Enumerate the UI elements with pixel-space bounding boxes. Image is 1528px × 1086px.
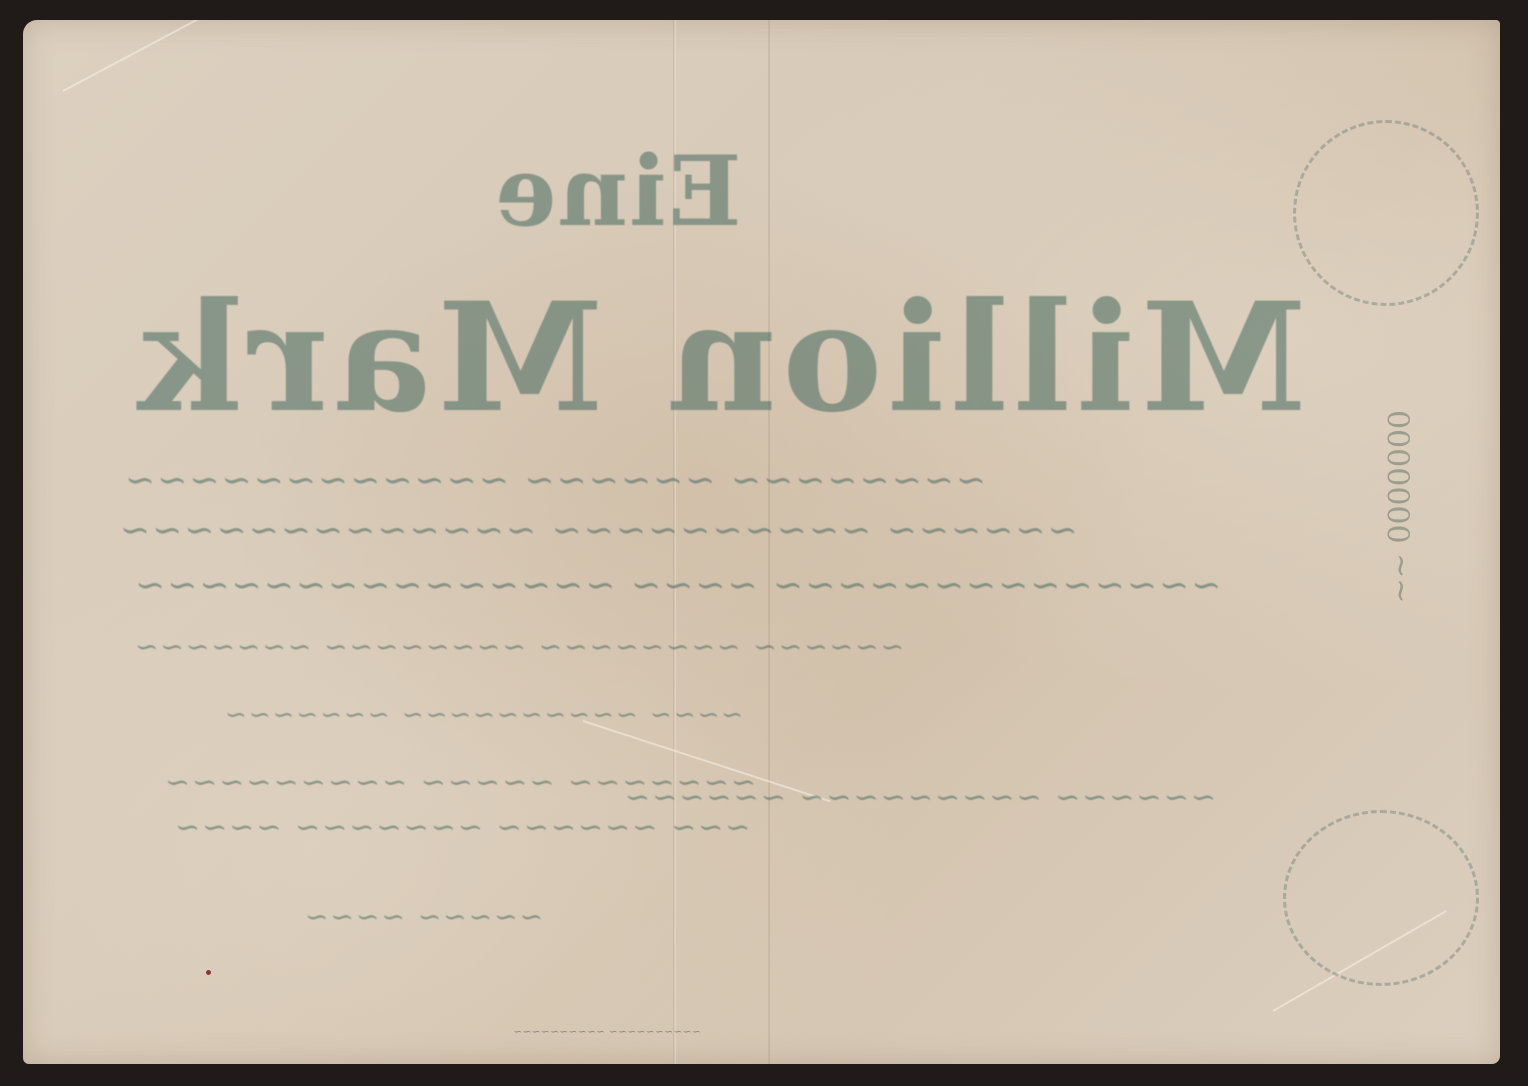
showthrough-line: ~~~ ~~~~~~ ~~~~~~~ ~~~~ bbox=[173, 810, 750, 845]
crease bbox=[63, 20, 223, 92]
showthrough-line: ~~~~~~ ~~~~~~~~ ~~~~~~~~ ~~~~~~~ bbox=[133, 630, 904, 663]
banknote: Eine Million Mark ~~~~~~~~ ~~~~~~ ~~~~~~… bbox=[23, 20, 1500, 1064]
showthrough-line: ~~~~ ~~~~~~~~~~ ~~~~~~~ bbox=[223, 700, 743, 730]
showthrough-title-small: Eine bbox=[493, 135, 742, 248]
seal-stamp-bottom-right bbox=[1283, 810, 1479, 986]
showthrough-line: ~~~~~~~~~~~~~~ ~~~~ ~~~~~~~~~~~~~~~ bbox=[133, 565, 1221, 606]
printer-imprint: ~~~~~~~~~~ ~~~~~~~~~~ bbox=[513, 1025, 701, 1038]
showthrough-title-big: Million Mark bbox=[133, 270, 1307, 446]
showthrough-line: ~~~~~~~~ ~~~~~~ ~~~~~~~~~~~~ bbox=[123, 460, 986, 501]
showthrough-line: ~~~~~ ~~~~ bbox=[303, 900, 543, 933]
serial-number: ~~ 0000000 bbox=[1383, 410, 1418, 603]
stain-spot bbox=[206, 970, 211, 975]
showthrough-line: ~~~~~~ ~~~~~~~~~~ ~~~~~~~~~~~~~ bbox=[118, 510, 1078, 551]
showthrough-line: ~~~~~~ ~~~~~~~~~ ~~~~~~ bbox=[623, 780, 1216, 815]
seal-stamp-top-right bbox=[1293, 120, 1479, 306]
